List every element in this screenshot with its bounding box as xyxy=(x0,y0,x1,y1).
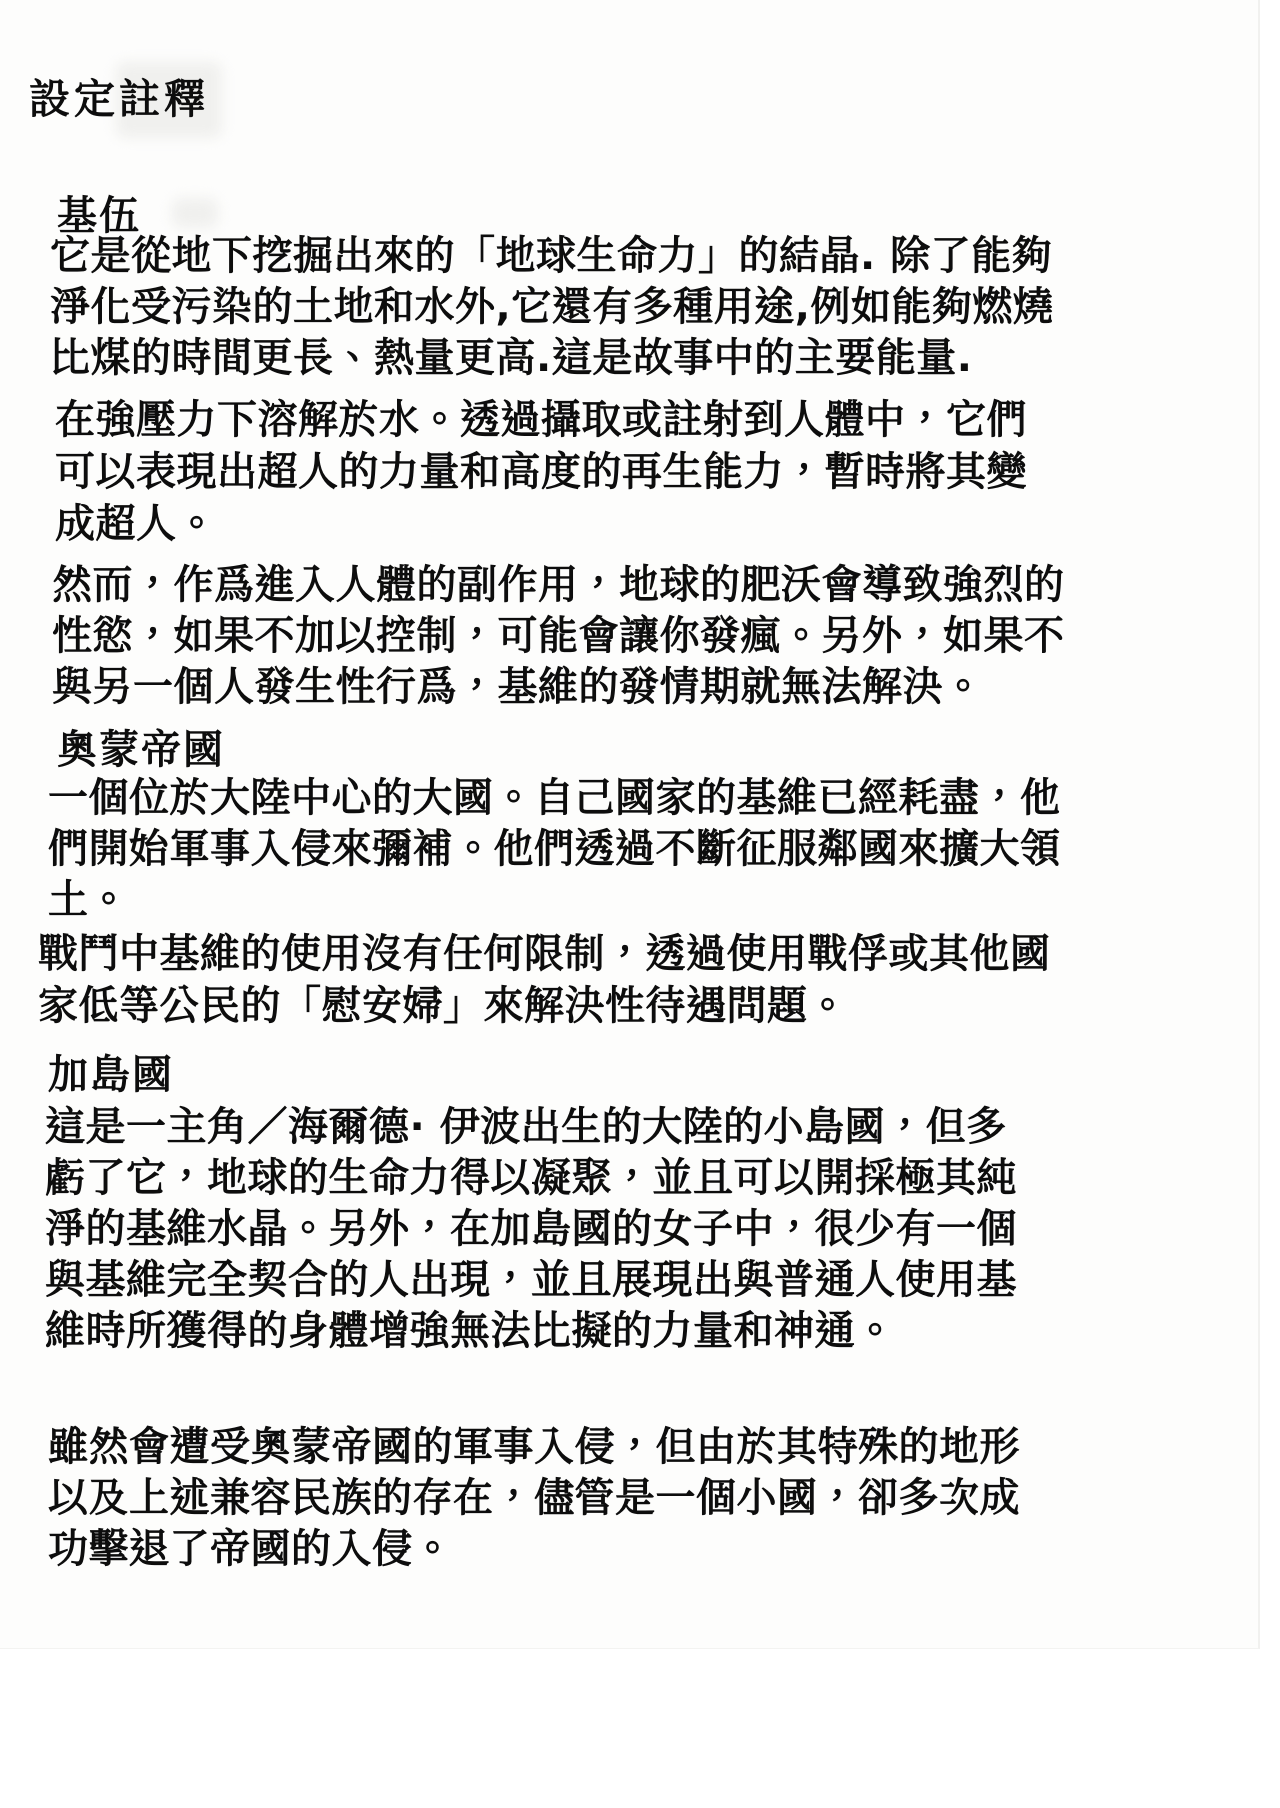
section-heading-kadou-nation: 加島國 xyxy=(48,1043,174,1100)
scan-smudge xyxy=(172,198,218,228)
paragraph: 戰鬥中基維的使用沒有任何限制，透過使用戰俘或其他國 家低等公民的「慰安婦」來解決… xyxy=(38,928,1051,1032)
section-heading-omon-empire: 奧蒙帝國 xyxy=(57,718,225,775)
paragraph: 然而，作爲進入人體的副作用，地球的肥沃會導致強烈的 性慾，如果不加以控制，可能會… xyxy=(52,560,1065,713)
paragraph: 這是一主角／海爾德· 伊波出生的大陸的小島國，但多 虧了它，地球的生命力得以凝聚… xyxy=(45,1102,1017,1357)
paragraph: 一個位於大陸中心的大國。自己國家的基維已經耗盡，他 們開始軍事入侵來彌補。他們透… xyxy=(48,773,1061,926)
paragraph: 在強壓力下溶解於水。透過攝取或註射到人體中，它們 可以表現出超人的力量和高度的再… xyxy=(55,394,1027,550)
page-title: 設定註釋 xyxy=(29,66,209,125)
paragraph: 雖然會遭受奧蒙帝國的軍事入侵，但由於其特殊的地形 以及上述兼容民族的存在，儘管是… xyxy=(48,1422,1020,1575)
scanned-document-page: 設定註釋 基伍 它是從地下挖掘出來的「地球生命力」的結晶. 除了能夠 淨化受污染… xyxy=(0,0,1280,1808)
paragraph: 它是從地下挖掘出來的「地球生命力」的結晶. 除了能夠 淨化受污染的土地和水外,它… xyxy=(50,231,1053,384)
